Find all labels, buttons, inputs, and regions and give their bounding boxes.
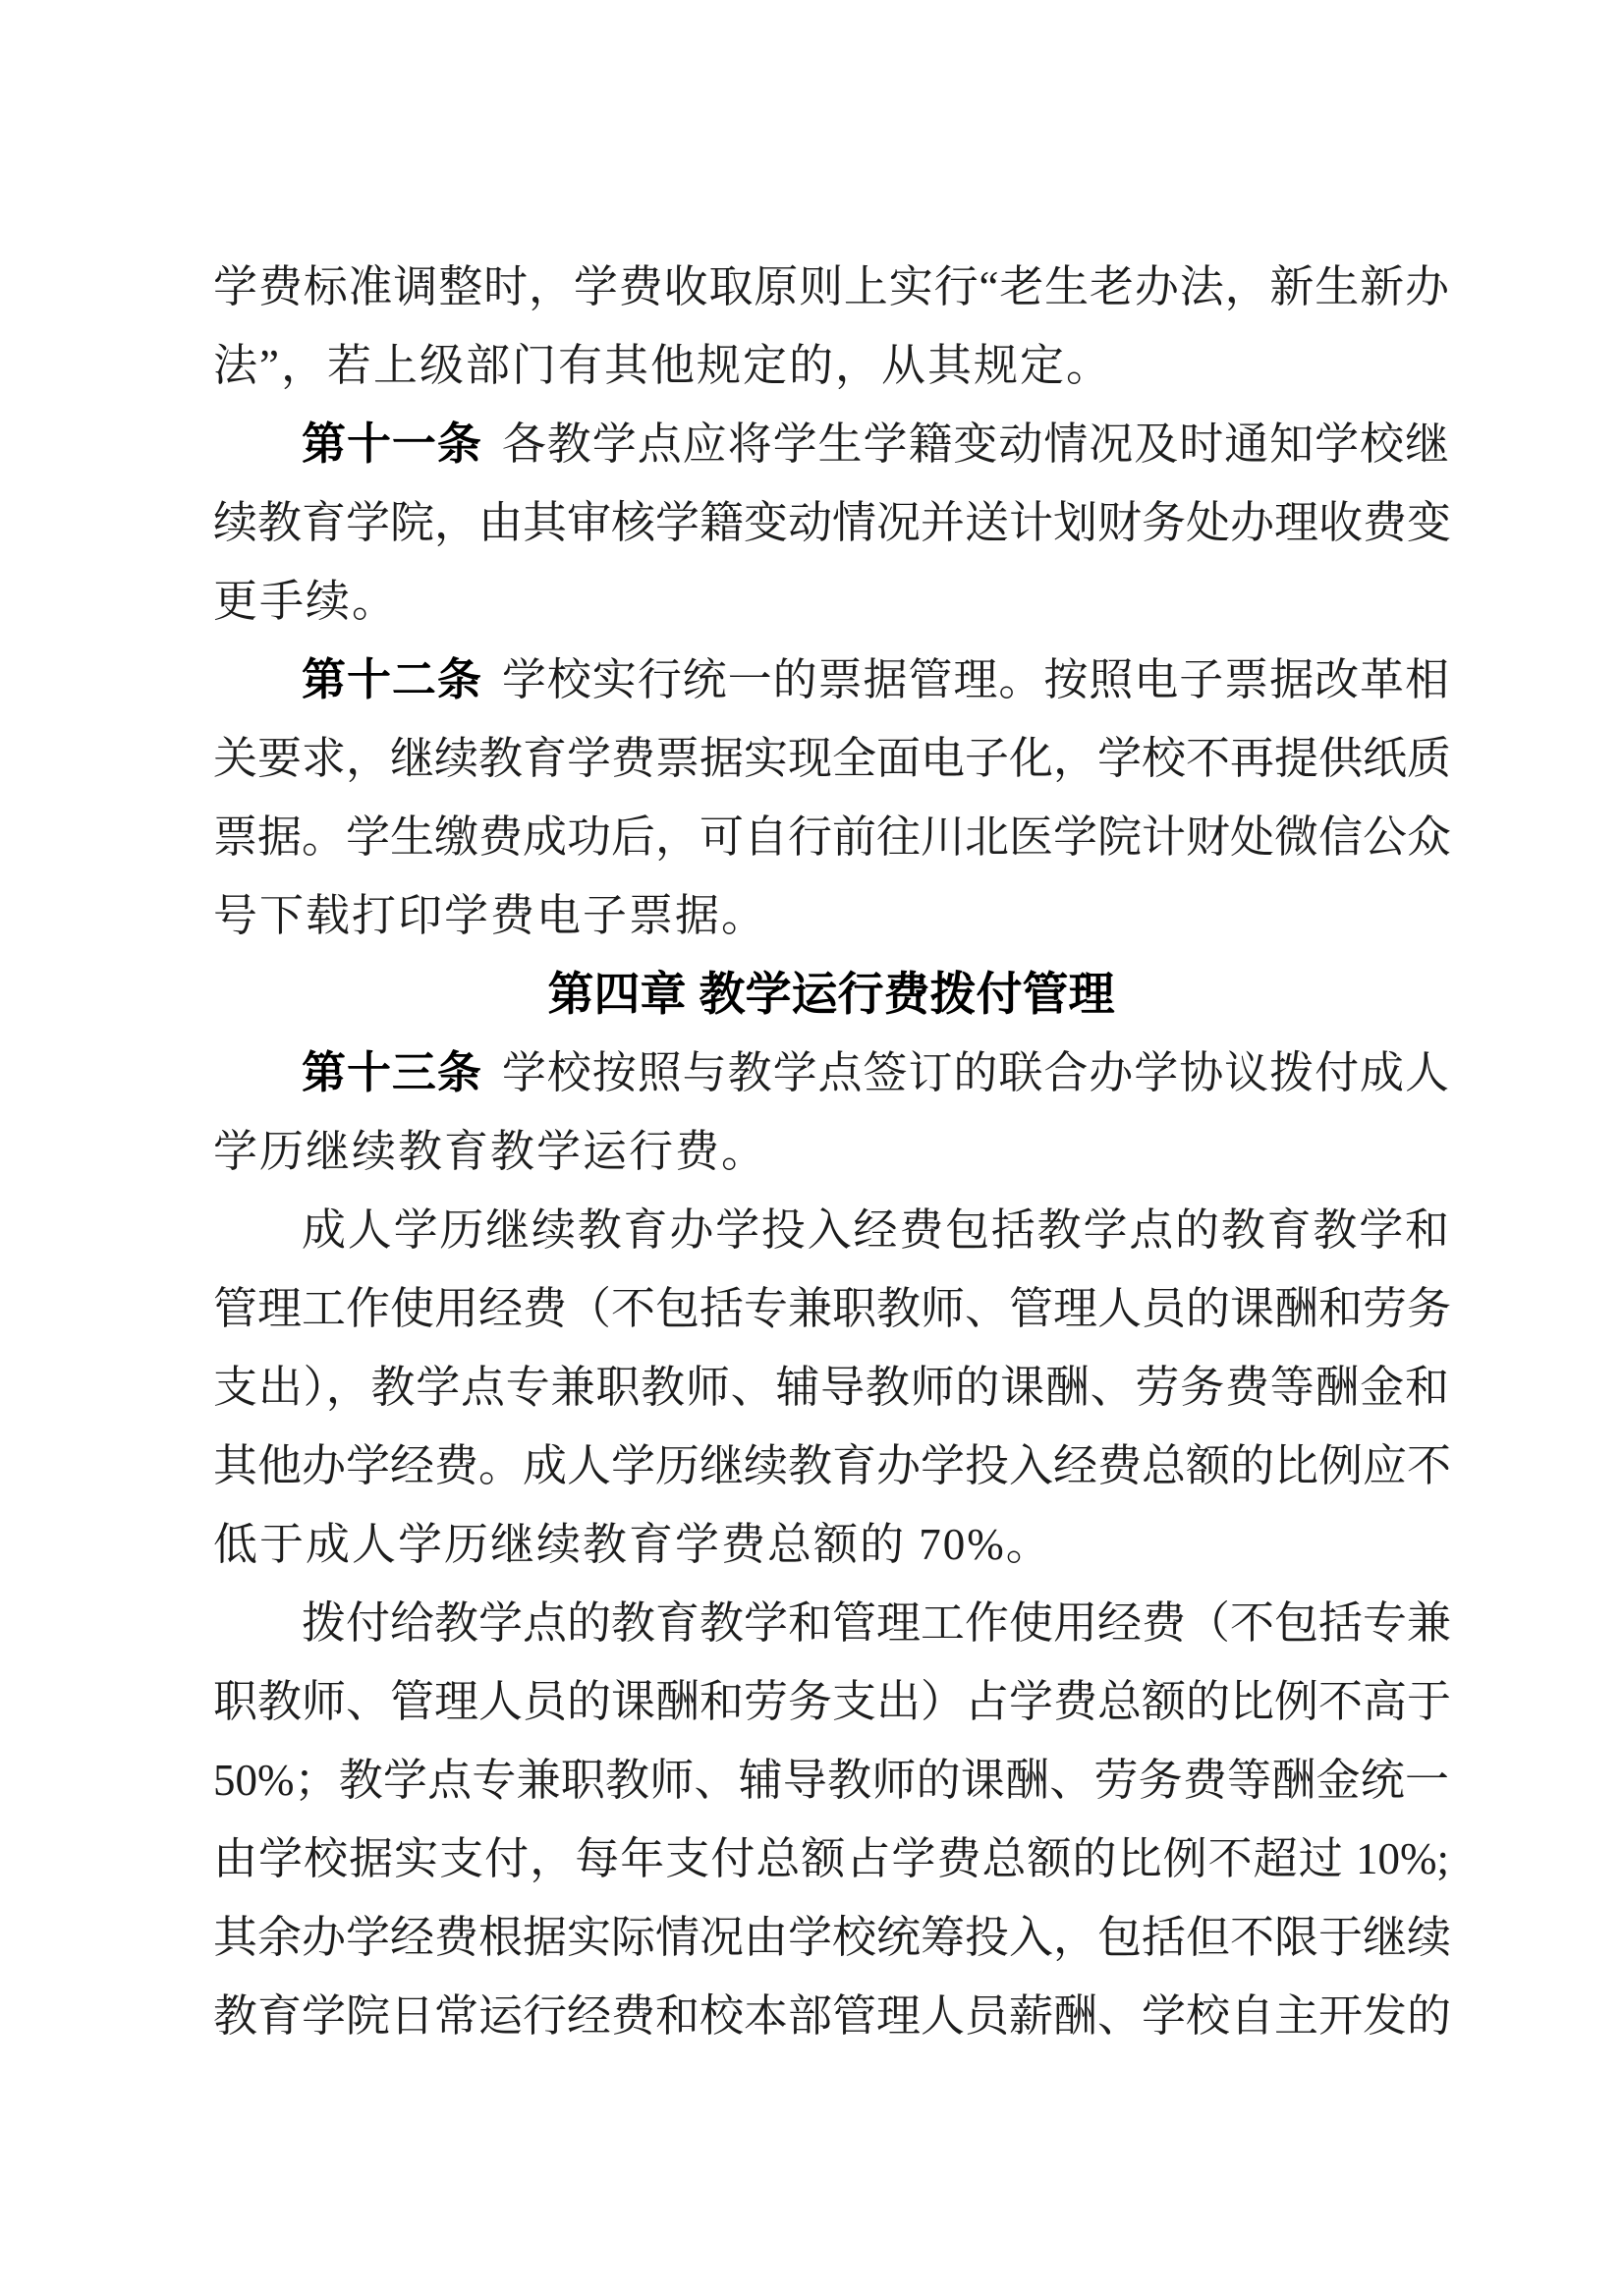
line-text: 其他办学经费。成人学历继续教育办学投入经费总额的比例应不 — [213, 1441, 1451, 1490]
line-text: 50%；教学点专兼职教师、辅导教师的课酬、劳务费等酬金统一 — [213, 1756, 1449, 1805]
paragraph-line: 票据。学生缴费成功后，可自行前往川北医学院计财处微信公众 — [213, 798, 1449, 876]
line-text: 续教育学院，由其审核学籍变动情况并送计划财务处办理收费变 — [213, 498, 1451, 547]
paragraph-line: 其余办学经费根据实际情况由学校统筹投入，包括但不限于继续 — [213, 1898, 1449, 1977]
line-text: 成人学历继续教育办学投入经费包括教学点的教育教学和 — [302, 1205, 1449, 1255]
line-text: 管理工作使用经费（不包括专兼职教师、管理人员的课酬和劳务 — [213, 1284, 1451, 1333]
line-text: 学历继续教育教学运行费。 — [213, 1127, 767, 1176]
paragraph-line: 第十三条学校按照与教学点签订的联合办学协议拨付成人 — [213, 1034, 1449, 1112]
line-text: 法”，若上级部门有其他规定的，从其规定。 — [213, 341, 1112, 390]
paragraph-line: 续教育学院，由其审核学籍变动情况并送计划财务处办理收费变 — [213, 483, 1449, 562]
article-number: 第十二条 — [302, 654, 482, 704]
paragraph-line: 支出），教学点专兼职教师、辅导教师的课酬、劳务费等酬金和 — [213, 1348, 1449, 1427]
paragraph-line: 50%；教学点专兼职教师、辅导教师的课酬、劳务费等酬金统一 — [213, 1741, 1449, 1820]
line-text: 支出），教学点专兼职教师、辅导教师的课酬、劳务费等酬金和 — [213, 1363, 1449, 1412]
article-number: 第十一条 — [302, 419, 482, 469]
line-text: 各教学点应将学生学籍变动情况及时通知学校继 — [502, 420, 1449, 469]
document-text-block: 学费标准调整时，学费收取原则上实行“老生老办法，新生新办 法”，若上级部门有其他… — [213, 248, 1449, 2055]
line-text: 低于成人学历继续教育学费总额的 70%。 — [213, 1520, 1052, 1569]
paragraph-line: 管理工作使用经费（不包括专兼职教师、管理人员的课酬和劳务 — [213, 1269, 1449, 1348]
line-text: 号下载打印学费电子票据。 — [213, 891, 767, 940]
line-text: 学校按照与教学点签订的联合办学协议拨付成人 — [502, 1048, 1449, 1097]
paragraph-line: 关要求，继续教育学费票据实现全面电子化，学校不再提供纸质 — [213, 719, 1449, 798]
paragraph-line: 低于成人学历继续教育学费总额的 70%。 — [213, 1505, 1449, 1584]
paragraph-line: 其他办学经费。成人学历继续教育办学投入经费总额的比例应不 — [213, 1427, 1449, 1505]
paragraph-line: 职教师、管理人员的课酬和劳务支出）占学费总额的比例不高于 — [213, 1662, 1449, 1741]
article-number: 第十三条 — [302, 1047, 482, 1097]
document-page: 学费标准调整时，学费收取原则上实行“老生老办法，新生新办 法”，若上级部门有其他… — [0, 0, 1623, 2296]
paragraph-line: 成人学历继续教育办学投入经费包括教学点的教育教学和 — [213, 1191, 1449, 1269]
paragraph-line: 第十一条各教学点应将学生学籍变动情况及时通知学校继 — [213, 405, 1449, 483]
line-text: 票据。学生缴费成功后，可自行前往川北医学院计财处微信公众 — [213, 812, 1451, 862]
paragraph-line: 学历继续教育教学运行费。 — [213, 1112, 1449, 1191]
paragraph-line: 教育学院日常运行经费和校本部管理人员薪酬、学校自主开发的 — [213, 1977, 1449, 2055]
line-text: 更手续。 — [213, 577, 398, 626]
paragraph-line: 学费标准调整时，学费收取原则上实行“老生老办法，新生新办 — [213, 248, 1449, 326]
paragraph-line: 第十二条学校实行统一的票据管理。按照电子票据改革相 — [213, 641, 1449, 719]
line-text: 拨付给教学点的教育教学和管理工作使用经费（不包括专兼 — [302, 1598, 1451, 1648]
paragraph-line: 号下载打印学费电子票据。 — [213, 876, 1449, 955]
chapter-heading: 第四章 教学运行费拨付管理 — [213, 955, 1449, 1034]
paragraph-line: 由学校据实支付，每年支付总额占学费总额的比例不超过 10%; — [213, 1820, 1449, 1898]
paragraph-line: 更手续。 — [213, 562, 1449, 641]
paragraph-line: 法”，若上级部门有其他规定的，从其规定。 — [213, 326, 1449, 405]
paragraph-line: 拨付给教学点的教育教学和管理工作使用经费（不包括专兼 — [213, 1584, 1449, 1662]
line-text: 教育学院日常运行经费和校本部管理人员薪酬、学校自主开发的 — [213, 1991, 1451, 2041]
line-text: 由学校据实支付，每年支付总额占学费总额的比例不超过 10%; — [213, 1834, 1449, 1883]
chapter-heading-text: 第四章 教学运行费拨付管理 — [547, 968, 1114, 1020]
line-text: 学费标准调整时，学费收取原则上实行“老生老办法，新生新办 — [213, 262, 1449, 311]
line-text: 关要求，继续教育学费票据实现全面电子化，学校不再提供纸质 — [213, 734, 1451, 783]
line-text: 其余办学经费根据实际情况由学校统筹投入，包括但不限于继续 — [213, 1913, 1451, 1962]
line-text: 学校实行统一的票据管理。按照电子票据改革相 — [502, 655, 1449, 704]
line-text: 职教师、管理人员的课酬和劳务支出）占学费总额的比例不高于 — [213, 1677, 1451, 1726]
